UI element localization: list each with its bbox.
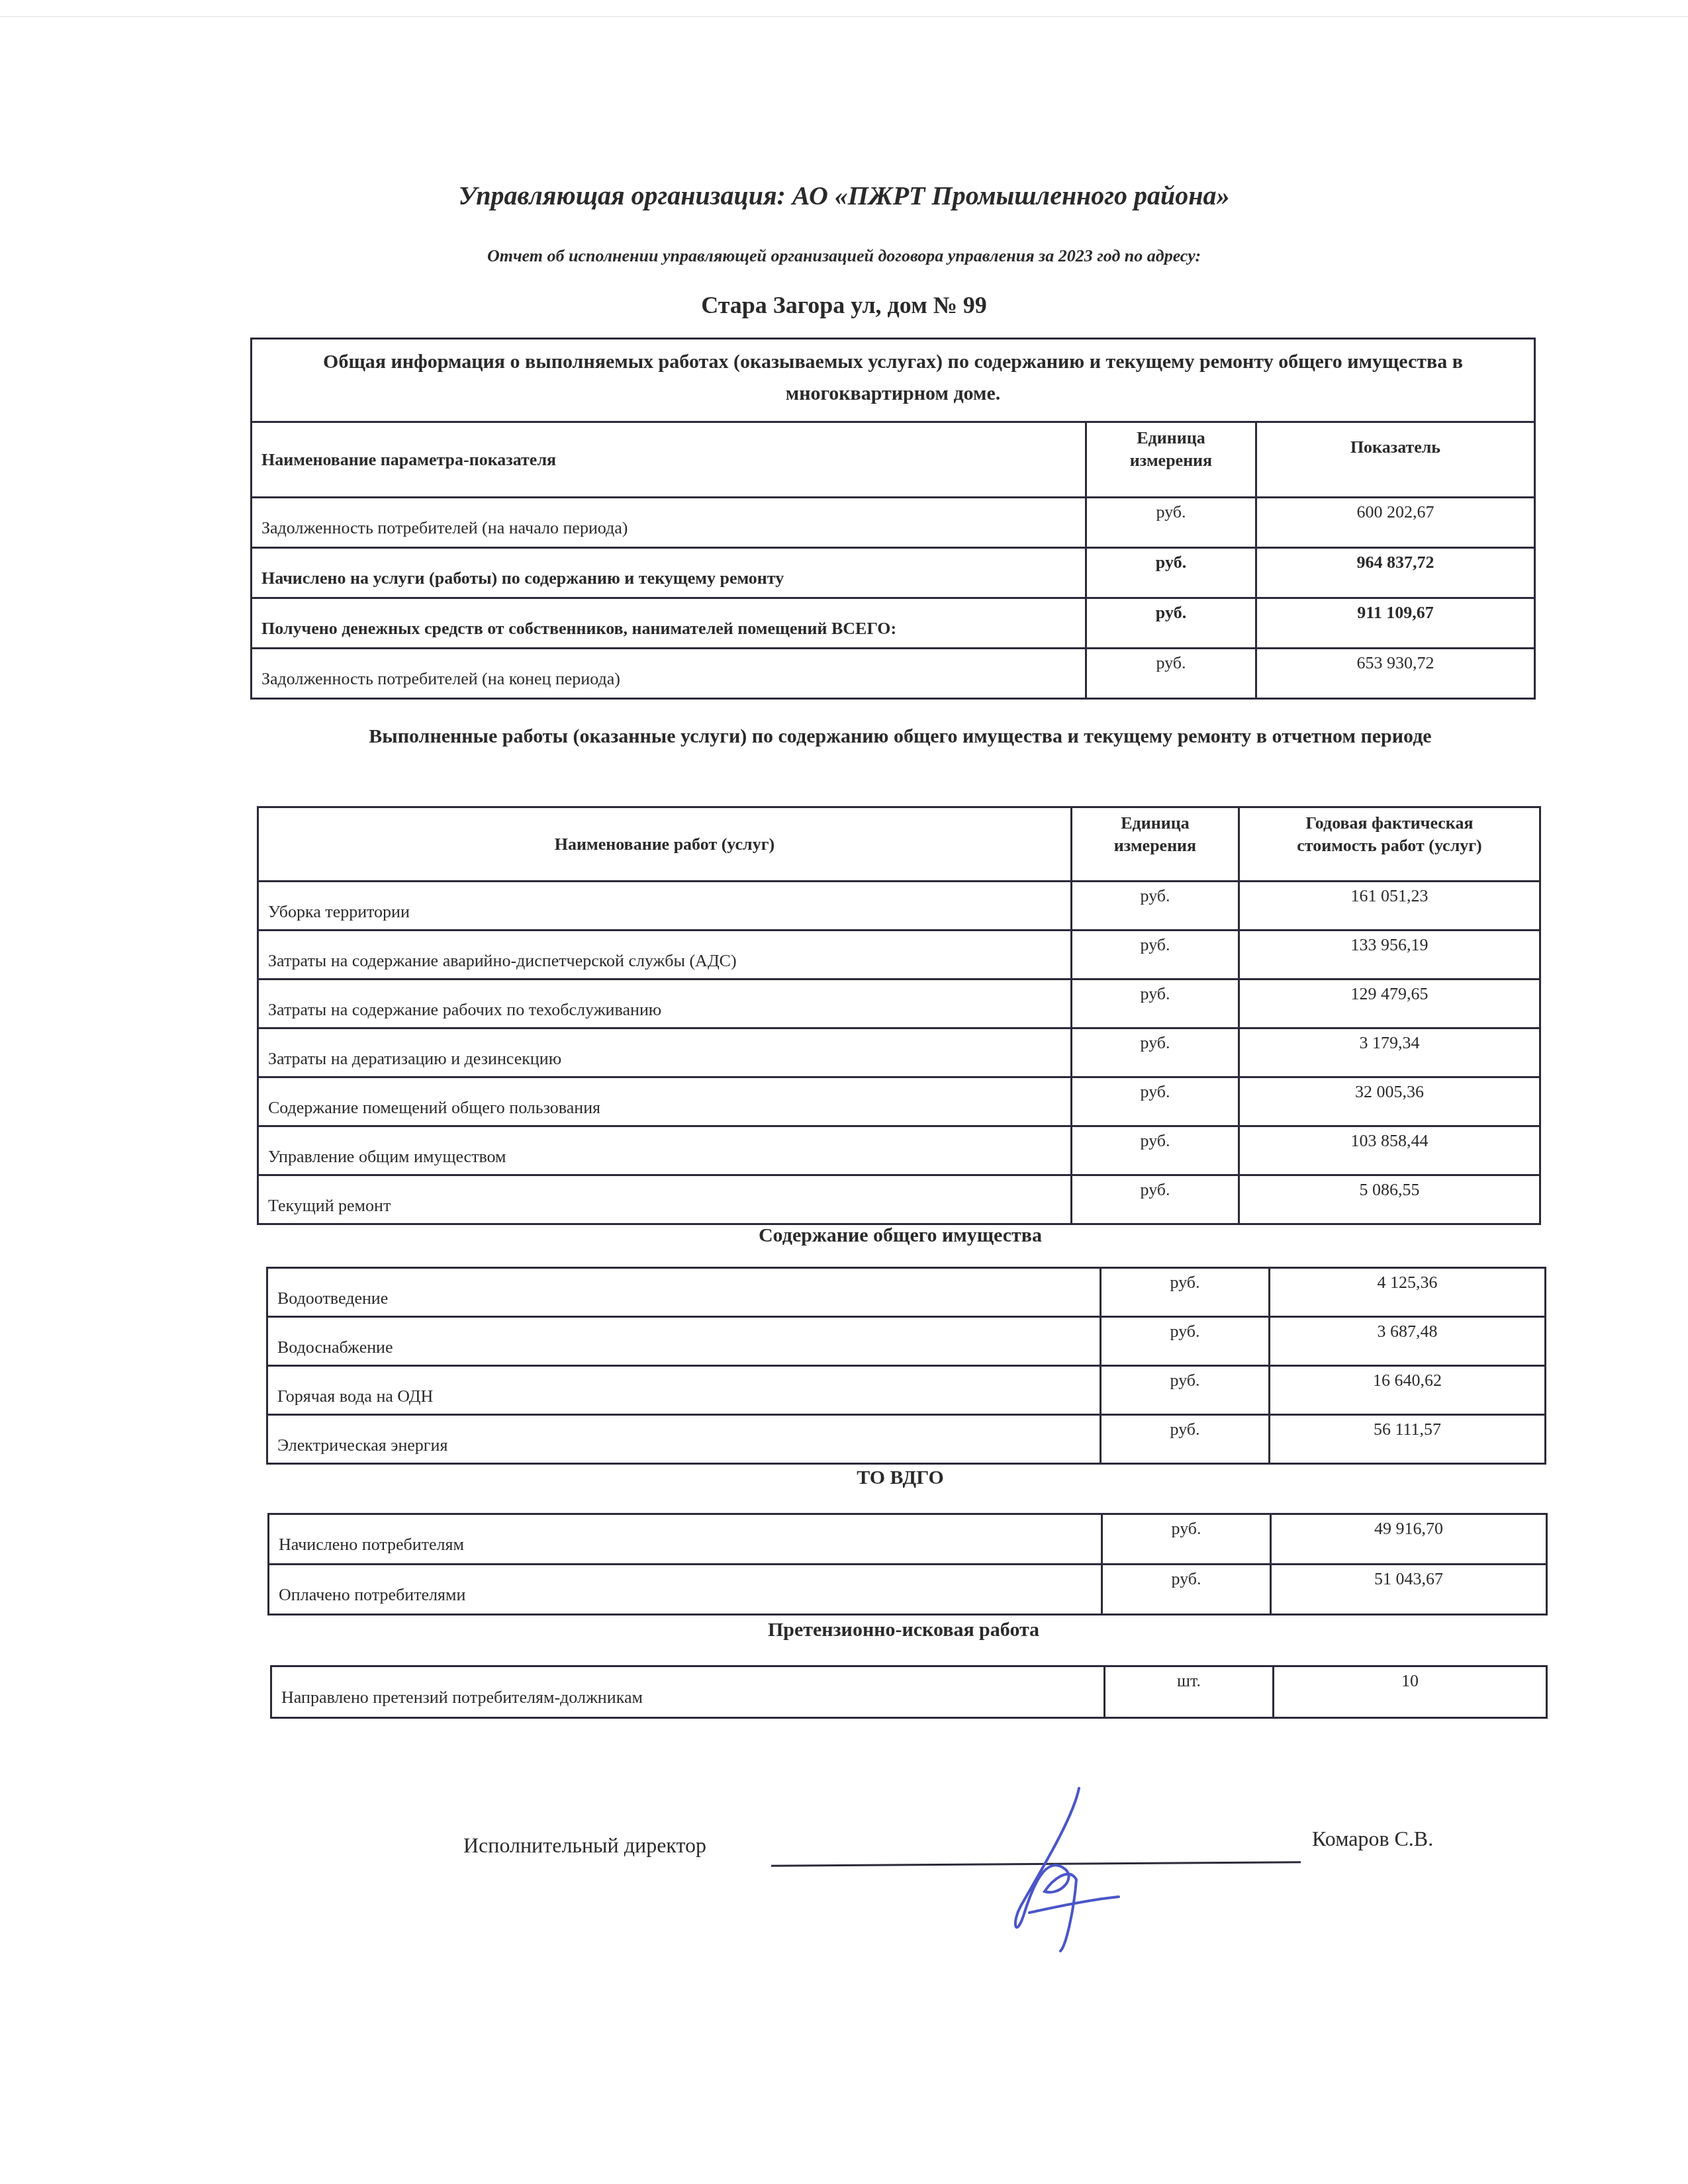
row-value: 4 125,36 [1270,1268,1546,1317]
row-unit: руб. [1072,1175,1239,1224]
row-name: Задолженность потребителей (на начало пе… [252,498,1086,548]
table-row: Горячая вода на ОДНруб.16 640,62 [267,1366,1546,1415]
row-unit: руб. [1072,882,1239,931]
row-unit: руб. [1086,649,1256,699]
general-info-table: Общая информация о выполняемых работах (… [250,338,1536,700]
table-row: Оплачено потребителямируб.51 043,67 [269,1565,1547,1615]
works-section-title: Выполненные работы (оказанные услуги) по… [291,721,1509,752]
table-row: Затраты на дератизацию и дезинсекциюруб.… [258,1028,1540,1077]
row-unit: руб. [1072,1077,1239,1126]
row-value: 16 640,62 [1270,1366,1546,1415]
row-value: 56 111,57 [1270,1415,1546,1464]
row-name: Направлено претензий потребителям-должни… [271,1666,1105,1718]
row-unit: руб. [1072,979,1239,1028]
column-header-annual-cost: Годовая фактическая стоимость работ (усл… [1239,807,1540,882]
row-unit: руб. [1101,1317,1270,1366]
row-value: 133 956,19 [1239,931,1540,979]
row-value: 600 202,67 [1256,498,1535,548]
report-title: Отчет об исполнении управляющей организа… [0,246,1688,266]
row-name: Уборка территории [258,882,1072,931]
vdgo-table: Начислено потребителямруб.49 916,70Оплач… [267,1513,1548,1615]
row-value: 49 916,70 [1271,1514,1547,1565]
table-row: Задолженность потребителей (на начало пе… [252,498,1535,548]
signatory-name: Комаров С.В. [1312,1827,1433,1851]
table-row: Получено денежных средств от собственник… [252,598,1535,649]
row-unit: руб. [1086,498,1256,548]
row-value: 51 043,67 [1271,1565,1547,1615]
row-value: 911 109,67 [1256,598,1535,649]
row-name: Содержание помещений общего пользования [258,1077,1072,1126]
row-name: Текущий ремонт [258,1175,1072,1224]
row-name: Начислено потребителям [269,1514,1102,1565]
table-row: Затраты на содержание аварийно-диспетчер… [258,931,1540,979]
row-unit: шт. [1105,1666,1274,1718]
column-header-unit: Единица измерения [1072,807,1239,882]
row-unit: руб. [1101,1415,1270,1464]
row-unit: руб. [1086,548,1256,598]
row-unit: руб. [1101,1366,1270,1415]
organization-title: Управляющая организация: АО «ПЖРТ Промыш… [0,180,1688,211]
row-unit: руб. [1102,1565,1271,1615]
table-row: Задолженность потребителей (на конец пер… [252,649,1535,699]
row-value: 3 179,34 [1239,1028,1540,1077]
row-name: Затраты на содержание аварийно-диспетчер… [258,931,1072,979]
table-row: Водоотведениеруб.4 125,36 [267,1268,1546,1317]
row-value: 5 086,55 [1239,1175,1540,1224]
table-row: Водоснабжениеруб.3 687,48 [267,1317,1546,1366]
table-row: Начислено потребителямруб.49 916,70 [269,1514,1547,1565]
table-row: Затраты на содержание рабочих по техобсл… [258,979,1540,1028]
row-value: 653 930,72 [1256,649,1535,699]
column-header-work-name: Наименование работ (услуг) [258,807,1072,882]
row-name: Оплачено потребителями [269,1565,1102,1615]
row-unit: руб. [1102,1514,1271,1565]
claims-table: Направлено претензий потребителям-должни… [270,1665,1548,1719]
row-name: Электрическая энергия [267,1415,1101,1464]
works-table: Наименование работ (услуг) Единица измер… [257,806,1541,1225]
column-header-value: Показатель [1256,422,1535,498]
table-row: Содержание помещений общего пользованияр… [258,1077,1540,1126]
common-property-table: Водоотведениеруб.4 125,36Водоснабжениеру… [266,1267,1546,1465]
row-name: Начислено на услуги (работы) по содержан… [252,548,1086,598]
row-name: Затраты на содержание рабочих по техобсл… [258,979,1072,1028]
row-value: 964 837,72 [1256,548,1535,598]
scan-edge [0,16,1688,17]
signatory-position: Исполнительный директор [463,1833,706,1858]
address-title: Стара Загора ул, дом № 99 [0,291,1688,319]
row-value: 129 479,65 [1239,979,1540,1028]
row-unit: руб. [1101,1268,1270,1317]
general-info-title: Общая информация о выполняемых работах (… [252,339,1535,422]
row-value: 10 [1274,1666,1547,1718]
row-unit: руб. [1072,931,1239,979]
row-value: 3 687,48 [1270,1317,1546,1366]
column-header-parameter: Наименование параметра-показателя [252,422,1086,498]
table-row: Электрическая энергияруб.56 111,57 [267,1415,1546,1464]
table-row: Управление общим имуществомруб.103 858,4… [258,1126,1540,1175]
row-name: Затраты на дератизацию и дезинсекцию [258,1028,1072,1077]
table-row: Начислено на услуги (работы) по содержан… [252,548,1535,598]
row-name: Горячая вода на ОДН [267,1366,1101,1415]
row-value: 32 005,36 [1239,1077,1540,1126]
row-unit: руб. [1086,598,1256,649]
table-row: Направлено претензий потребителям-должни… [271,1666,1547,1718]
row-name: Водоснабжение [267,1317,1101,1366]
row-unit: руб. [1072,1126,1239,1175]
common-property-title: Содержание общего имущества [258,1220,1542,1251]
table-row: Уборка территориируб.161 051,23 [258,882,1540,931]
row-name: Управление общим имуществом [258,1126,1072,1175]
row-name: Водоотведение [267,1268,1101,1317]
handwritten-signature-icon [960,1780,1132,1952]
claims-title: Претензионно-исковая работа [258,1615,1549,1645]
vdgo-title: ТО ВДГО [258,1463,1542,1493]
table-row: Текущий ремонтруб.5 086,55 [258,1175,1540,1224]
row-value: 161 051,23 [1239,882,1540,931]
row-unit: руб. [1072,1028,1239,1077]
column-header-unit: Единица измерения [1086,422,1256,498]
row-name: Задолженность потребителей (на конец пер… [252,649,1086,699]
row-value: 103 858,44 [1239,1126,1540,1175]
row-name: Получено денежных средств от собственник… [252,598,1086,649]
